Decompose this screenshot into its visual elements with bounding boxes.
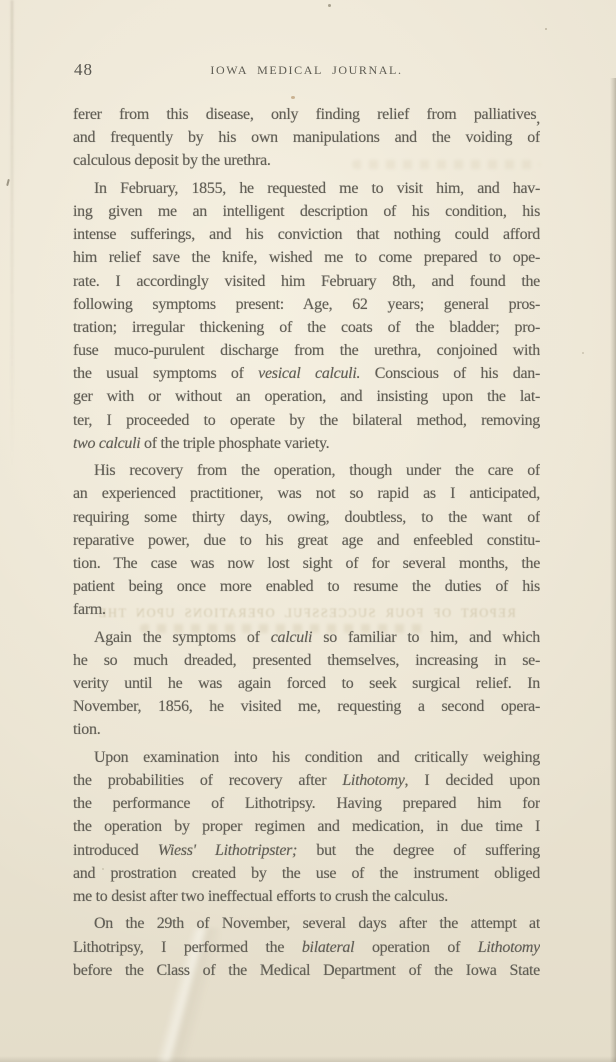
- text-line: fuse muco-purulent discharge from the ur…: [73, 339, 540, 362]
- text-line: reparative power, due to his great age a…: [73, 529, 540, 552]
- text-line: ferer from this disease, only finding re…: [73, 103, 540, 126]
- text-segment: before the Class of the Medical Departme…: [73, 962, 540, 979]
- text-segment: requiring some thirty days, owing, doubt…: [73, 509, 540, 526]
- italic-text: Lithotomy: [342, 772, 404, 789]
- text-segment: he so much dreaded, presented themselves…: [73, 652, 540, 669]
- text-segment: patient being once more enabled to resum…: [73, 578, 540, 595]
- text-line: Lithotripsy, I performed the bilateral o…: [73, 936, 540, 959]
- text-segment: of the triple phosphate variety.: [140, 435, 329, 452]
- text-segment: reparative power, due to his great age a…: [73, 532, 540, 549]
- text-segment: but the degree of suffering: [297, 842, 540, 859]
- text-line: November, 1856, he visited me, requestin…: [73, 695, 540, 718]
- text-segment: calculous deposit by the urethra.: [73, 152, 271, 169]
- text-line: Again the symptoms of calculi so familia…: [73, 626, 540, 649]
- italic-text: two calculi: [73, 435, 140, 452]
- text-segment: verity until he was again forced to seek…: [73, 675, 540, 692]
- text-segment: tion. The case was now lost sight of for…: [73, 555, 540, 572]
- text-segment: On the 29th of November, several days af…: [94, 915, 540, 932]
- text-line: introduced Wiess' Lithotripster; but the…: [73, 839, 540, 862]
- text-segment: Conscious of his dan-: [360, 365, 540, 382]
- text-segment: intense sufferings, and his conviction t…: [73, 226, 540, 243]
- text-segment: operation of: [354, 939, 478, 956]
- paragraph: In February, 1855, he requested me to vi…: [73, 177, 540, 455]
- text-segment: Lithotripsy, I performed the: [73, 939, 302, 956]
- page-number: 48: [74, 60, 93, 80]
- text-segment: ter, I proceeded to operate by the bilat…: [73, 412, 540, 429]
- italic-text: bilateral: [302, 939, 354, 956]
- text-line: verity until he was again forced to seek…: [73, 672, 540, 695]
- text-line: me to desist after two ineffectual effor…: [73, 885, 540, 908]
- text-segment: the probabilities of recovery after: [73, 772, 342, 789]
- text-segment: the usual symptoms of: [73, 365, 258, 382]
- text-line: In February, 1855, he requested me to vi…: [73, 177, 540, 200]
- paper-speck: [328, 4, 331, 7]
- text-line: requiring some thirty days, owing, doubt…: [73, 506, 540, 529]
- paragraph: Again the symptoms of calculi so familia…: [73, 626, 540, 742]
- text-line: tion. The case was now lost sight of for…: [73, 552, 540, 575]
- text-line: the probabilities of recovery after Lith…: [73, 769, 540, 792]
- text-line: ger with or without an operation, and in…: [73, 385, 540, 408]
- text-line: On the 29th of November, several days af…: [73, 912, 540, 935]
- text-line: and frequently by his own manipulations …: [73, 126, 540, 149]
- text-segment: and prostration created by the use of th…: [73, 865, 540, 882]
- text-line: farm.: [73, 598, 540, 621]
- paragraph: On the 29th of November, several days af…: [73, 912, 540, 982]
- text-segment: the operation by proper regimen and medi…: [73, 818, 540, 835]
- text-line: rate. I accordingly visited him February…: [73, 270, 540, 293]
- scanned-page: REPORT OF FOUR SUCCESSFUL OPERATIONS UPO…: [0, 0, 616, 1062]
- text-line: Upon examination into his condition and …: [73, 746, 540, 769]
- paper-speck: [545, 28, 547, 30]
- text-segment: me to desist after two ineffectual effor…: [73, 888, 448, 905]
- text-segment: Again the symptoms of: [94, 629, 271, 646]
- page-edge-right: [610, 78, 616, 1062]
- text-line: the usual symptoms of vesical calculi. C…: [73, 362, 540, 385]
- text-block: ferer from this disease, only finding re…: [73, 103, 540, 982]
- text-line: the performance of Lithotripsy. Having p…: [73, 792, 540, 815]
- text-segment: tion.: [73, 721, 100, 738]
- page-header: 48 IOWA MEDICAL JOURNAL.: [73, 60, 540, 84]
- text-segment: an experienced practitioner, was not so …: [73, 485, 540, 502]
- italic-text: vesical calculi.: [258, 365, 360, 382]
- text-segment: , I decided upon: [405, 772, 540, 789]
- text-segment: Upon examination into his condition and …: [94, 749, 540, 766]
- text-line: calculous deposit by the urethra.: [73, 149, 540, 172]
- text-segment: introduced: [73, 842, 158, 859]
- text-segment: ferer from this disease, only finding re…: [73, 106, 536, 123]
- page-crease-left: [11, 0, 13, 520]
- page-edge-bottom: [0, 1056, 616, 1062]
- text-segment: His recovery from the operation, though …: [94, 462, 540, 479]
- text-segment: and frequently by his own manipulations …: [73, 129, 540, 146]
- text-line: ing given me an intelligent description …: [73, 200, 540, 223]
- text-line: he so much dreaded, presented themselves…: [73, 649, 540, 672]
- paragraph: Upon examination into his condition and …: [73, 746, 540, 908]
- text-segment: rate. I accordingly visited him February…: [73, 273, 540, 290]
- text-line: ter, I proceeded to operate by the bilat…: [73, 409, 540, 432]
- text-segment: In February, 1855, he requested me to vi…: [94, 180, 540, 197]
- text-line: him relief save the knife, wished me to …: [73, 246, 540, 269]
- text-segment: ing given me an intelligent description …: [73, 203, 540, 220]
- text-line: His recovery from the operation, though …: [73, 459, 540, 482]
- text-segment: ger with or without an operation, and in…: [73, 388, 540, 405]
- text-segment: ,: [536, 110, 540, 126]
- paper-speck: [291, 96, 295, 99]
- text-line: two calculi of the triple phosphate vari…: [73, 432, 540, 455]
- text-line: before the Class of the Medical Departme…: [73, 959, 540, 982]
- paper-speck: [582, 352, 584, 354]
- text-segment: November, 1856, he visited me, requestin…: [73, 698, 540, 715]
- text-line: tion.: [73, 718, 540, 741]
- text-segment: tration; irregular thickening of the coa…: [73, 319, 540, 336]
- paragraph: ferer from this disease, only finding re…: [73, 103, 540, 173]
- text-line: patient being once more enabled to resum…: [73, 575, 540, 598]
- text-line: following symptoms present: Age, 62 year…: [73, 293, 540, 316]
- text-line: intense sufferings, and his conviction t…: [73, 223, 540, 246]
- text-line: the operation by proper regimen and medi…: [73, 815, 540, 838]
- paragraph: His recovery from the operation, though …: [73, 459, 540, 621]
- text-segment: fuse muco-purulent discharge from the ur…: [73, 342, 540, 359]
- italic-text: Wiess' Lithotripster;: [158, 842, 297, 859]
- italic-text: calculi: [271, 629, 312, 646]
- text-line: an experienced practitioner, was not so …: [73, 482, 540, 505]
- italic-text: Lithotomy: [478, 939, 540, 956]
- journal-title: IOWA MEDICAL JOURNAL.: [73, 60, 540, 78]
- margin-ink-mark: [6, 179, 10, 186]
- text-segment: the performance of Lithotripsy. Having p…: [73, 795, 540, 812]
- text-line: and prostration created by the use of th…: [73, 862, 540, 885]
- text-segment: farm.: [73, 601, 106, 618]
- text-line: tration; irregular thickening of the coa…: [73, 316, 540, 339]
- text-segment: following symptoms present: Age, 62 year…: [73, 296, 540, 313]
- text-segment: him relief save the knife, wished me to …: [73, 249, 540, 266]
- text-segment: so familiar to him, and which: [312, 629, 540, 646]
